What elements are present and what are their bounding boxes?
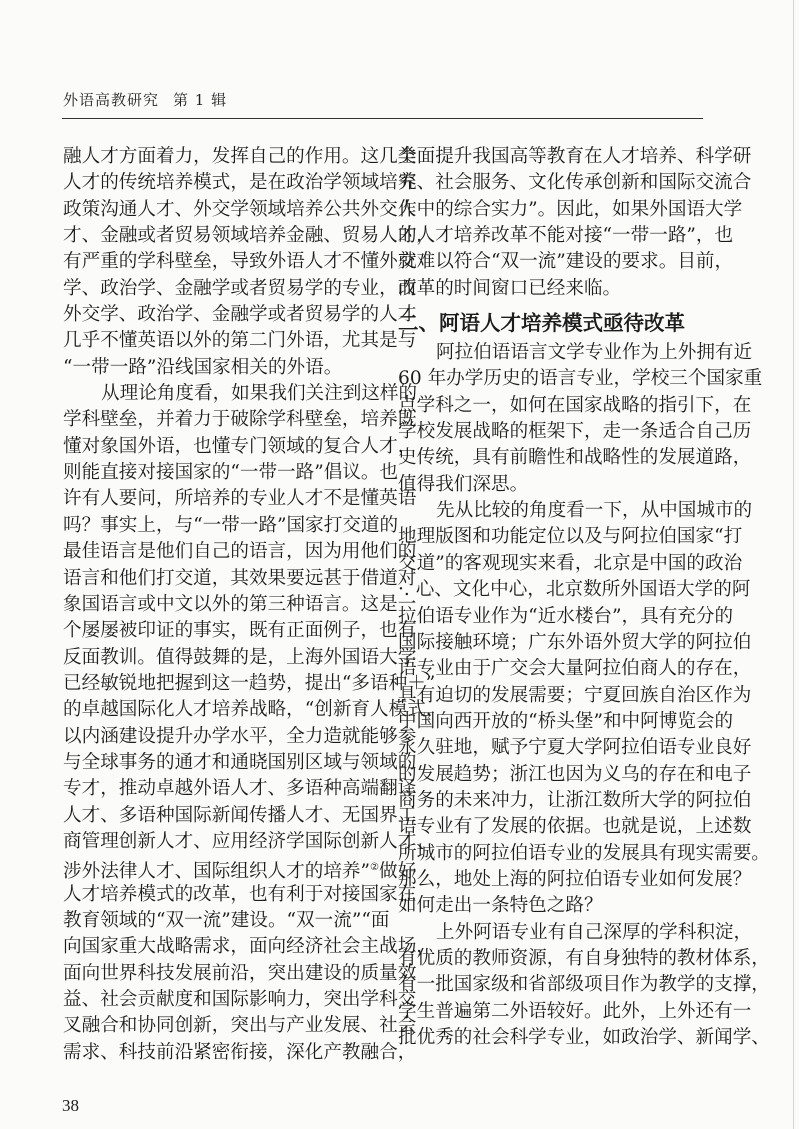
text-line: 语专业有了发展的依据。也就是说，上述数 [398,814,714,840]
text-line: 60 年办学历史的语言专业，学校三个国家重 [398,366,714,392]
text-line: 教育领域的“双一流”建设。“双一流”“面 [63,908,379,934]
text-line: 地理版图和功能定位以及与阿拉伯国家“打 [398,524,714,550]
section-heading: 二、阿语人才培养模式亟待改革 [398,306,714,340]
text-line: 语专业由于广交会大量阿拉伯商人的存在， [398,656,714,682]
text-line: 学校发展战略的框架下，走一条适合自己历 [398,419,714,445]
text-line: 值得我们深思。 [398,472,714,498]
text-line: 人才的传统培养模式，是在政治学领域培养 [63,170,379,196]
text-line: 融人才方面着力，发挥自己的作用。这几类 [63,144,379,170]
text-line: 最佳语言是他们自己的语言，因为用他们的 [63,539,379,565]
text-line: 具有迫切的发展需要；宁夏回族自治区作为 [398,683,714,709]
text-line: 几乎不懂英语以外的第二门外语，尤其是与 [63,328,379,354]
text-line: 象国语言或中文以外的第三种语言。这是一 [63,592,379,618]
text-line: 有严重的学科壁垒，导致外语人才不懂外交 [63,249,379,275]
text-line: 专才，推动卓越外语人才、多语种高端翻译 [63,776,379,802]
paragraph-start: 从理论角度看，如果我们关注到这样的 [63,381,379,407]
text-line: “一带一路”沿线国家相关的外语。 [63,355,379,381]
text-line: 就难以符合“双一流”建设的要求。目前， [398,249,714,275]
text-line: 有一批国家级和省部级项目作为教学的支撑， [398,972,714,998]
text-line: 改革的时间窗口已经来临。 [398,276,714,302]
issue-number: 第 1 辑 [173,91,227,109]
text-line: 所城市的阿拉伯语专业的发展具有现实需要。 [398,841,714,867]
text-line: 全面提升我国高等教育在人才培养、科学研 [398,144,714,170]
text-line: 拉伯语专业作为“近水楼台”，具有充分的 [398,604,714,630]
text-line: 中国向西开放的“桥头堡”和中阿博览会的 [398,709,714,735]
text-line: 语言和他们打交道，其效果要远甚于借道对 [63,566,379,592]
text-line: 的卓越国际化人才培养战略，“创新育人模式， [63,697,379,723]
text-line: 有优质的教师资源，有自身独特的教材体系， [398,946,714,972]
text-line: 反面教训。值得鼓舞的是，上海外国语大学 [63,645,379,671]
text-line: 益、社会贡献度和国际影响力，突出学科交 [63,987,379,1013]
text-line: 已经敏锐地把握到这一趋势，提出“多语种＋” [63,671,379,697]
text-line: 学、政治学、金融学或者贸易学的专业，而 [63,276,379,302]
text-line: 人才、多语种国际新闻传播人才、无国界工 [63,803,379,829]
text-line: 学生普遍第二外语较好。此外，上外还有一 [398,999,714,1025]
running-head: 外语高教研究第 1 辑 [63,89,227,110]
text-line: 需求、科技前沿紧密衔接，深化产教融合， [63,1040,379,1066]
right-column: 全面提升我国高等教育在人才培养、科学研 究、社会服务、文化传承创新和国际交流合 … [398,144,714,1051]
text-line: 人才培养模式的改革，也有利于对接国家在 [63,882,379,908]
text-line: ·. 心、文化中心，北京数所外国语大学的阿 [398,577,714,603]
text-line: 政策沟通人才、外交学领域培养公共外交人 [63,197,379,223]
text-line-with-footnote: 涉外法律人才、国际组织人才的培养”②做好 [63,855,379,881]
text-line: 作中的综合实力”。因此，如果外国语大学 [398,197,714,223]
text-line: 史传统，具有前瞻性和战略性的发展道路， [398,445,714,471]
paragraph-start: 上外阿语专业有自己深厚的学科积淀， [398,920,714,946]
text-line: 才、金融或者贸易领域培养金融、贸易人才， [63,223,379,249]
text-line: 如何走出一条特色之路？ [398,893,714,919]
text-line: 面向世界科技发展前沿，突出建设的质量效 [63,961,379,987]
text-line: 外交学、政治学、金融学或者贸易学的人才 [63,302,379,328]
text-line: 向国家重大战略需求，面向经济社会主战场， [63,934,379,960]
page-number: 38 [62,1096,79,1116]
text-line: 与全球事务的通才和通晓国别区域与领域的 [63,750,379,776]
text-line: 批优秀的社会科学专业，如政治学、新闻学、 [398,1025,714,1051]
text-line: 以内涵建设提升办学水平，全力造就能够参 [63,724,379,750]
text-line: 国际接触环境；广东外语外贸大学的阿拉伯 [398,630,714,656]
header-rule [62,118,703,119]
journal-title: 外语高教研究 [63,91,159,109]
text-line-body: 涉外法律人才、国际组织人才的培养” [63,861,370,882]
text-line: 那么，地处上海的阿拉伯语专业如何发展？ [398,867,714,893]
text-line: 学科壁垒，并着力于破除学科壁垒，培养既 [63,407,379,433]
footnote-ref-2[interactable]: ② [370,862,379,873]
text-line: 许有人要问，所培养的专业人才不是懂英语 [63,486,379,512]
text-line: 商务的未来冲力，让浙江数所大学的阿拉伯 [398,788,714,814]
paragraph-start: 先从比较的角度看一下，从中国城市的 [398,498,714,524]
text-line: 的发展趋势；浙江也因为义乌的存在和电子 [398,762,714,788]
text-line: 究、社会服务、文化传承创新和国际交流合 [398,170,714,196]
text-line: 吗？事实上，与“一带一路”国家打交道的 [63,513,379,539]
text-line: 商管理创新人才、应用经济学国际创新人才、 [63,829,379,855]
text-line: 懂对象国外语，也懂专门领域的复合人才， [63,434,379,460]
text-line: 永久驻地，赋予宁夏大学阿拉伯语专业良好 [398,735,714,761]
text-line: 则能直接对接国家的“一带一路”倡议。也 [63,460,379,486]
text-line: 交道”的客观现实来看，北京是中国的政治 [398,551,714,577]
text-line: 个屡屡被印证的事实，既有正面例子，也有 [63,618,379,644]
paragraph-start: 阿拉伯语语言文学专业作为上外拥有近 [398,340,714,366]
left-column: 融人才方面着力，发挥自己的作用。这几类 人才的传统培养模式，是在政治学领域培养 … [63,144,379,1066]
scan-page-edge [793,0,794,1129]
text-line: 的人才培养改革不能对接“一带一路”，也 [398,223,714,249]
text-line: 叉融合和协同创新，突出与产业发展、社会 [63,1013,379,1039]
text-line: 点学科之一，如何在国家战略的指引下，在 [398,393,714,419]
